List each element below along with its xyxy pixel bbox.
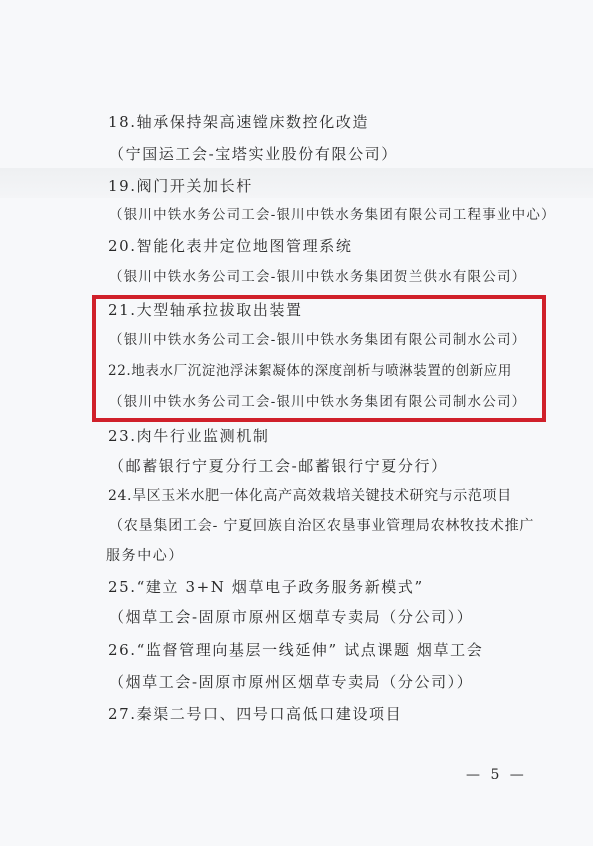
item-21-org: （银川中铁水务公司工会-银川中铁水务集团有限公司制水公司） — [109, 330, 526, 350]
document-page: 18.轴承保持架高速镗床数控化改造 （宁国运工会-宝塔实业股份有限公司） 19.… — [0, 0, 593, 846]
item-19-title: 19.阀门开关加长杆 — [108, 176, 253, 196]
item-18-org: （宁国运工会-宝塔实业股份有限公司） — [109, 144, 398, 164]
item-25-title: 25.“建立 3+N 烟草电子政务服务新模式” — [108, 577, 424, 597]
item-21-title: 21.大型轴承拉拔取出装置 — [108, 300, 303, 320]
item-26-org: （烟草工会-固原市原州区烟草专卖局（分公司）） — [109, 672, 473, 692]
item-23-title: 23.肉牛行业监测机制 — [108, 426, 269, 446]
item-26-title: 26.“监督管理向基层一线延伸” 试点课题 烟草工会 — [108, 640, 483, 660]
item-22-title: 22.地表水厂沉淀池浮沫絮凝体的深度剖析与喷淋装置的创新应用 — [108, 361, 512, 381]
item-19-org: （银川中铁水务公司工会-银川中铁水务集团有限公司工程事业中心） — [109, 205, 556, 225]
item-27-title: 27.秦渠二号口、四号口高低口建设项目 — [108, 704, 402, 724]
item-18-title: 18.轴承保持架高速镗床数控化改造 — [108, 112, 369, 132]
item-24-title: 24.旱区玉米水肥一体化高产高效栽培关键技术研究与示范项目 — [108, 486, 512, 506]
item-22-org: （银川中铁水务公司工会-银川中铁水务集团有限公司制水公司） — [109, 392, 526, 412]
item-20-title: 20.智能化表井定位地图管理系统 — [108, 236, 352, 256]
item-24-org: （农垦集团工会- 宁夏回族自治区农垦事业管理局农林牧技术推广 — [109, 516, 534, 536]
page-number: — 5 — — [466, 767, 527, 783]
item-24-org-continued: 服务中心） — [106, 546, 184, 566]
page-fold-shadow — [0, 168, 593, 198]
item-25-org: （烟草工会-固原市原州区烟草专卖局（分公司）） — [109, 607, 473, 627]
item-20-org: （银川中铁水务公司工会-银川中铁水务集团贺兰供水有限公司） — [109, 267, 526, 287]
item-23-org: （邮蓄银行宁夏分行工会-邮蓄银行宁夏分行） — [109, 456, 448, 476]
